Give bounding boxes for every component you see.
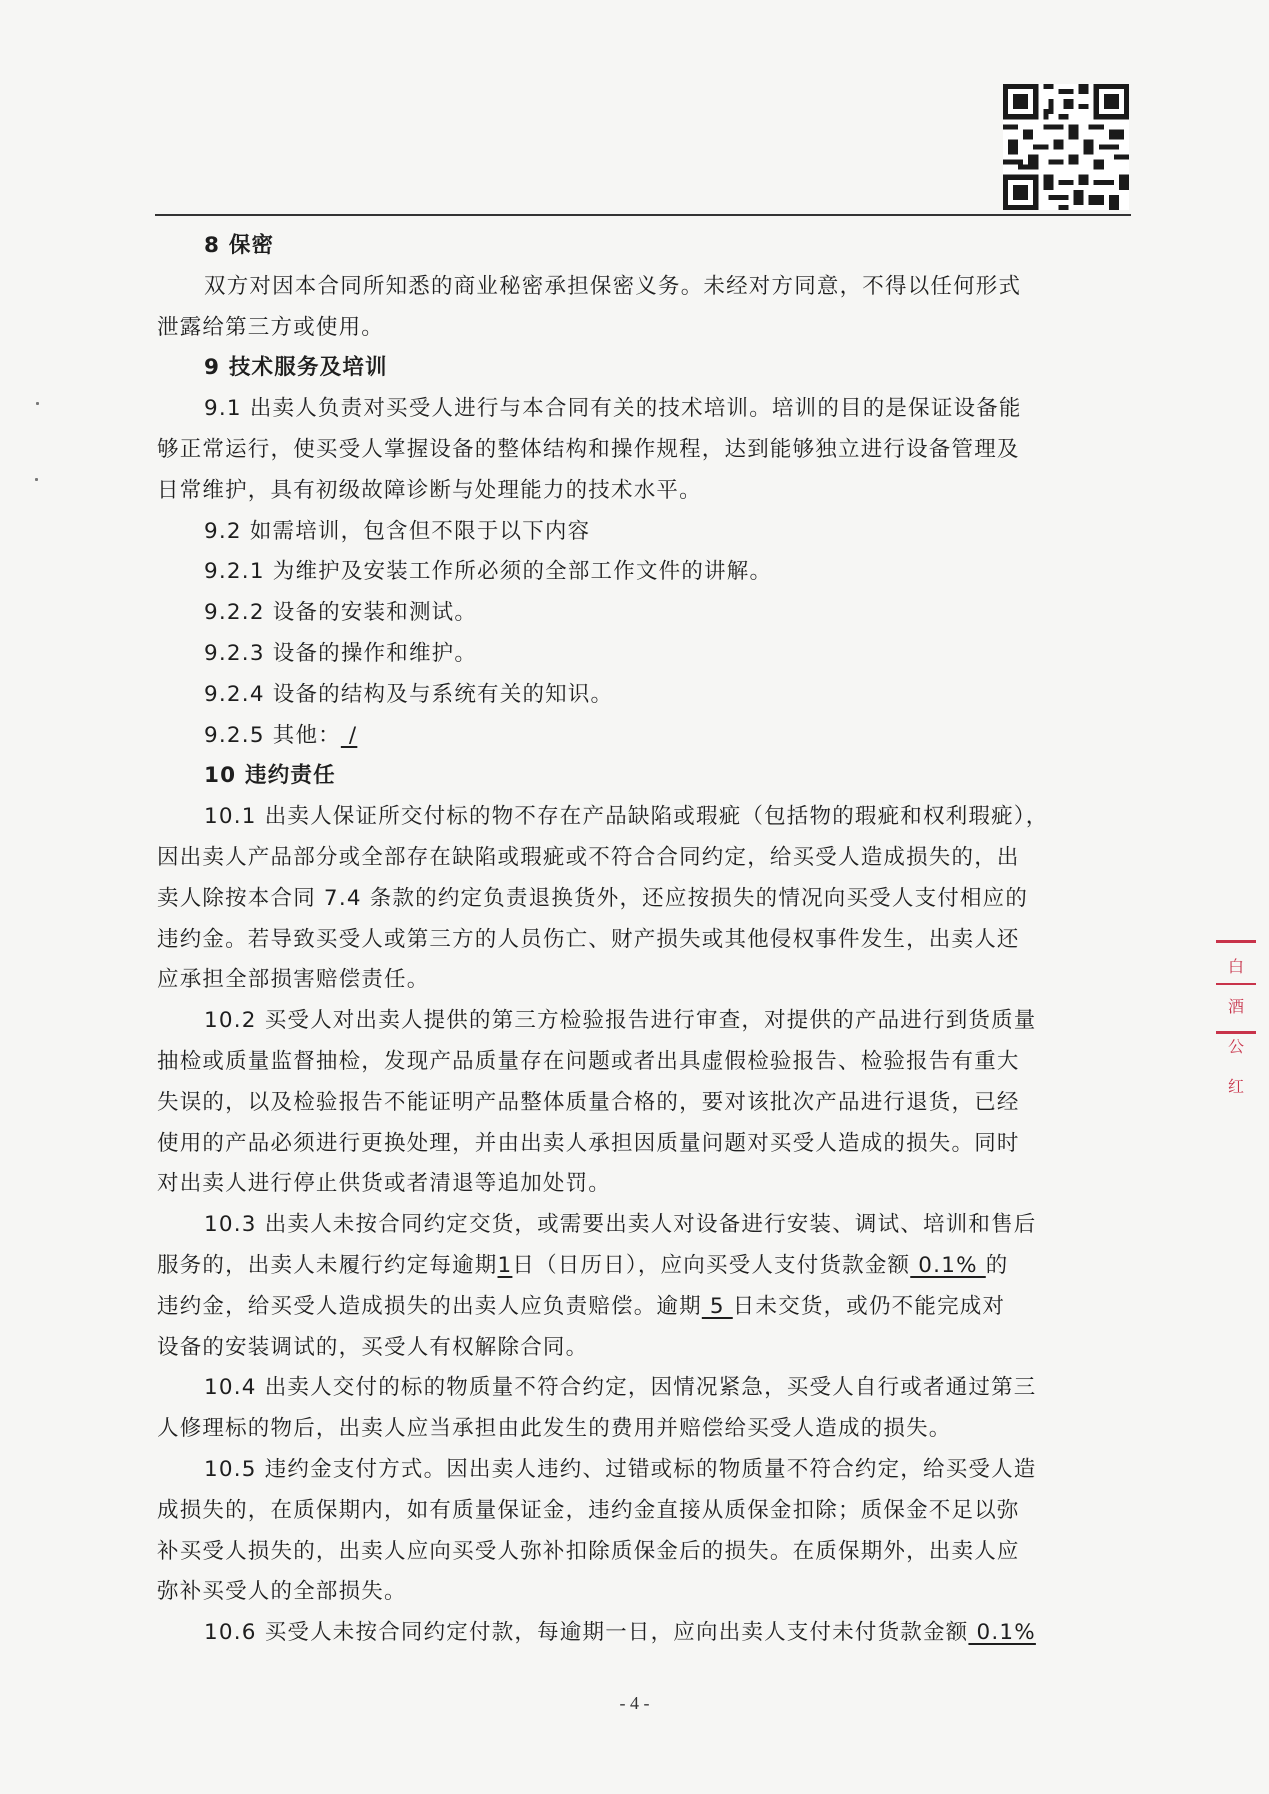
seal-stamp-fragment: 白 酒 公 红: [1216, 940, 1256, 1034]
clause-9-2-2: 9.2.2 设备的安装和测试。: [157, 593, 1133, 634]
contract-page: 8 保密 双方对因本合同所知悉的商业秘密承担保密义务。未经对方同意，不得以任何形…: [0, 0, 1269, 1794]
clause-10-1-line: 因出卖人产品部分或全部存在缺陷或瑕疵或不符合合同约定，给买受人造成损失的，出: [157, 838, 1133, 879]
scan-speck: [36, 402, 39, 405]
clause-10-2-line: 对出卖人进行停止供货或者清退等追加处罚。: [157, 1164, 1133, 1205]
clause-10-5-line: 10.5 违约金支付方式。因出卖人违约、过错或标的物质量不符合约定，给买受人造: [157, 1450, 1133, 1491]
termination-days-field: 5: [702, 1294, 733, 1319]
clause-text: 服务的，出卖人未履行约定每逾期: [157, 1253, 498, 1278]
overdue-day-unit-field: 1: [498, 1253, 513, 1278]
scan-speck: [35, 478, 38, 481]
clause-10-5-line: 成损失的，在质保期内，如有质量保证金，违约金直接从质保金扣除；质保金不足以弥: [157, 1491, 1133, 1532]
contract-body: 8 保密 双方对因本合同所知悉的商业秘密承担保密义务。未经对方同意，不得以任何形…: [157, 226, 1133, 1654]
section-heading-liability: 10 违约责任: [157, 756, 1133, 797]
paragraph-line: 泄露给第三方或使用。: [157, 308, 1133, 349]
clause-10-1-line: 应承担全部损害赔偿责任。: [157, 960, 1133, 1001]
other-training-field: /: [341, 723, 357, 748]
clause-9-2: 9.2 如需培训，包含但不限于以下内容: [157, 512, 1133, 553]
clause-9-1-line: 够正常运行，使买受人掌握设备的整体结构和操作规程，达到能够独立进行设备管理及: [157, 430, 1133, 471]
clause-10-6-line: 10.6 买受人未按合同约定付款，每逾期一日，应向出卖人支付未付货款金额 0.1…: [157, 1613, 1133, 1654]
seal-stamp-text: 白 酒 公 红: [1222, 947, 1254, 1107]
clause-10-2-line: 10.2 买受人对出卖人提供的第三方检验报告进行审查，对提供的产品进行到货质量: [157, 1001, 1133, 1042]
clause-10-4-line: 10.4 出卖人交付的标的物质量不符合约定，因情况紧急，买受人自行或者通过第三: [157, 1368, 1133, 1409]
section-heading-confidentiality: 8 保密: [157, 226, 1133, 267]
clause-10-1-line: 10.1 出卖人保证所交付标的物不存在产品缺陷或瑕疵（包括物的瑕疵和权利瑕疵），: [157, 797, 1133, 838]
section-heading-training: 9 技术服务及培训: [157, 348, 1133, 389]
header-divider: [155, 214, 1131, 216]
clause-9-1-line: 9.1 出卖人负责对买受人进行与本合同有关的技术培训。培训的目的是保证设备能: [157, 389, 1133, 430]
clause-10-2-line: 抽检或质量监督抽检，发现产品质量存在问题或者出具虚假检验报告、检验报告有重大: [157, 1042, 1133, 1083]
clause-9-2-1: 9.2.1 为维护及安装工作所必须的全部工作文件的讲解。: [157, 552, 1133, 593]
clause-10-4-line: 人修理标的物后，出卖人应当承担由此发生的费用并赔偿给买受人造成的损失。: [157, 1409, 1133, 1450]
clause-9-2-3: 9.2.3 设备的操作和维护。: [157, 634, 1133, 675]
clause-9-1-line: 日常维护，具有初级故障诊断与处理能力的技术水平。: [157, 471, 1133, 512]
clause-10-1-line: 卖人除按本合同 7.4 条款的约定负责退换货外，还应按损失的情况向买受人支付相应…: [157, 879, 1133, 920]
clause-text: 日未交货，或仍不能完成对: [733, 1294, 1005, 1319]
clause-text: 10.6 买受人未按合同约定付款，每逾期一日，应向出卖人支付未付货款金额: [204, 1620, 968, 1645]
clause-10-5-line: 补买受人损失的，出卖人应向买受人弥补扣除质保金后的损失。在质保期外，出卖人应: [157, 1532, 1133, 1573]
clause-9-2-5: 9.2.5 其他： /: [157, 716, 1133, 757]
clause-text: 的: [986, 1253, 1009, 1278]
clause-text: 日（日历日），应向买受人支付货款金额: [512, 1253, 910, 1278]
clause-10-5-line: 弥补买受人的全部损失。: [157, 1572, 1133, 1613]
clause-9-2-5-label: 9.2.5 其他：: [204, 723, 341, 748]
clause-10-1-line: 违约金。若导致买受人或第三方的人员伤亡、财产损失或其他侵权事件发生，出卖人还: [157, 920, 1133, 961]
page-number: - 4 -: [0, 1693, 1269, 1714]
clause-10-2-line: 失误的，以及检验报告不能证明产品整体质量合格的，要对该批次产品进行退货，已经: [157, 1083, 1133, 1124]
clause-10-3-line: 违约金，给买受人造成损失的出卖人应负责赔偿。逾期 5 日未交货，或仍不能完成对: [157, 1287, 1133, 1328]
penalty-rate-field: 0.1%: [910, 1253, 986, 1278]
clause-10-2-line: 使用的产品必须进行更换处理，并由出卖人承担因质量问题对买受人造成的损失。同时: [157, 1124, 1133, 1165]
clause-text: 违约金，给买受人造成损失的出卖人应负责赔偿。逾期: [157, 1294, 702, 1319]
clause-10-3-line: 服务的，出卖人未履行约定每逾期1日（日历日），应向买受人支付货款金额 0.1% …: [157, 1246, 1133, 1287]
late-payment-rate-field: 0.1%: [968, 1620, 1035, 1645]
qr-code-icon: [1003, 84, 1129, 210]
clause-10-3-line: 设备的安装调试的，买受人有权解除合同。: [157, 1328, 1133, 1369]
clause-9-2-4: 9.2.4 设备的结构及与系统有关的知识。: [157, 675, 1133, 716]
clause-10-3-line: 10.3 出卖人未按合同约定交货，或需要出卖人对设备进行安装、调试、培训和售后: [157, 1205, 1133, 1246]
paragraph-line: 双方对因本合同所知悉的商业秘密承担保密义务。未经对方同意，不得以任何形式: [157, 267, 1133, 308]
